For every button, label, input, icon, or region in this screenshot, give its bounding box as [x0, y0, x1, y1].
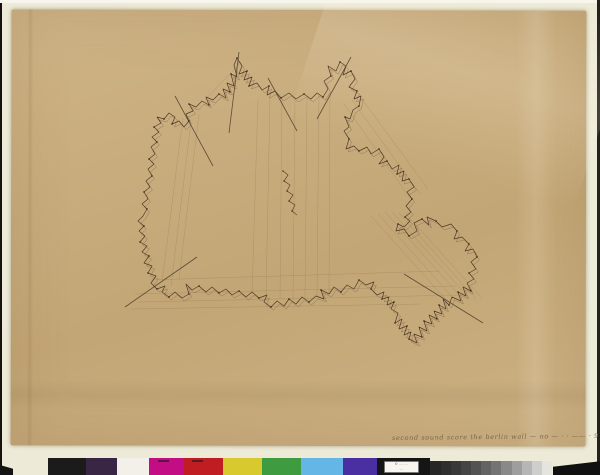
paper-sheen — [516, 10, 557, 446]
patch-print-mark — [158, 460, 169, 462]
gray-step-6 — [481, 461, 491, 475]
yellow-patch — [223, 458, 262, 475]
gray-step-8 — [501, 461, 512, 475]
aubergine-patch — [86, 458, 117, 475]
photo-top-edge — [0, 0, 600, 3]
gray-step-11 — [532, 461, 542, 475]
green-patch — [262, 458, 301, 475]
violet-patch — [343, 458, 377, 475]
color-calibration-bar: © ····· ···· ···· — [0, 458, 600, 475]
paper-crease — [11, 379, 586, 410]
black-patch — [48, 458, 86, 475]
drawing-paper-sheet — [11, 9, 587, 446]
gray-step-9 — [512, 461, 522, 475]
patch-print-mark — [192, 460, 203, 462]
photo-left-edge — [0, 3, 2, 475]
digitized-artwork-photo: second sound score the berlin wall — no … — [0, 0, 600, 475]
gray-step-3 — [451, 461, 461, 475]
gray-step-7 — [491, 461, 501, 475]
gray-step-4 — [461, 461, 471, 475]
gray-step-12 — [542, 461, 552, 475]
cyan-patch — [301, 458, 343, 475]
copyright-label: © ····· ···· ···· — [384, 461, 419, 473]
paper-crease — [288, 0, 600, 212]
gray-step-2 — [441, 461, 451, 475]
red-patch — [184, 458, 223, 475]
gray-step-10 — [522, 461, 532, 475]
white-patch — [117, 458, 149, 475]
copyright-label-line2: ···· — [385, 467, 418, 472]
gray-step-5 — [471, 461, 481, 475]
paper-crease — [27, 9, 34, 445]
gray-step-1 — [430, 461, 441, 475]
